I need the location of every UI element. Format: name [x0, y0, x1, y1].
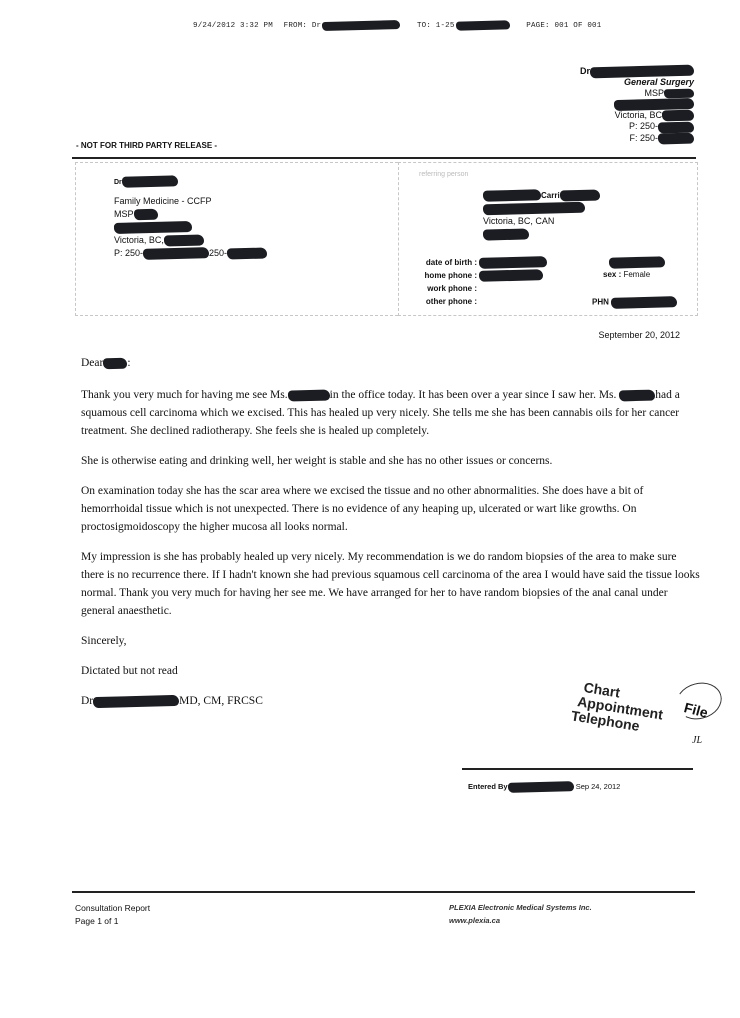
home-phone-row: home phone :	[399, 270, 543, 281]
sender-city: Victoria, BC	[580, 110, 694, 121]
page-number: Page 1 of 1	[75, 915, 150, 928]
recipient-box: Dr Family Medicine - CCFP MSP Victoria, …	[75, 162, 398, 316]
header-divider	[72, 157, 696, 159]
vendor-website[interactable]: www.plexia.ca	[449, 914, 592, 927]
footer-right: PLEXIA Electronic Medical Systems Inc. w…	[449, 901, 592, 927]
sender-address-redacted	[580, 99, 694, 110]
patient-name: Carri	[483, 189, 600, 202]
sender-fax: F: 250-	[580, 133, 694, 144]
letter-date: September 20, 2012	[598, 330, 680, 340]
phn-row: PHN	[592, 297, 677, 308]
recipient-name: Dr	[114, 175, 267, 189]
paragraph-2: She is otherwise eating and drinking wel…	[81, 452, 701, 470]
fax-to: TO: 1-25	[417, 22, 516, 30]
sender-phone: P: 250-	[580, 121, 694, 132]
paragraph-1: Thank you very much for having me see Ms…	[81, 386, 701, 440]
entered-divider	[462, 768, 693, 770]
recipient-msp: MSP	[114, 208, 267, 221]
fax-header: 9/24/2012 3:32 PM FROM: Dr TO: 1-25 PAGE…	[193, 21, 607, 30]
paragraph-3: On examination today she has the scar ar…	[81, 482, 701, 536]
other-phone-row: other phone :	[399, 297, 477, 306]
dictation-note: Dictated but not read	[81, 662, 701, 680]
age-redacted	[609, 257, 665, 268]
work-phone-row: work phone :	[399, 284, 477, 293]
patient-box-label: referring person	[419, 171, 468, 178]
sex-row: sex : Female	[603, 270, 650, 279]
recipient-specialty: Family Medicine - CCFP	[114, 195, 267, 208]
handwritten-initials: JL	[692, 735, 702, 746]
report-type: Consultation Report	[75, 902, 150, 915]
dob-row: date of birth :	[399, 257, 547, 268]
fax-datetime: 9/24/2012 3:32 PM	[193, 22, 273, 30]
patient-city: Victoria, BC, CAN	[483, 215, 600, 228]
recipient-phone: P: 250-250-	[114, 247, 267, 260]
patient-box: referring person Carri Victoria, BC, CAN…	[398, 162, 698, 316]
patient-address-redacted	[483, 202, 600, 215]
fax-page: PAGE: 001 OF 001	[526, 22, 601, 30]
fax-from: FROM: Dr	[284, 22, 407, 30]
letter-body: Dear: Thank you very much for having me …	[81, 354, 701, 722]
entered-by: Entered By Sep 24, 2012	[468, 782, 620, 792]
sender-name: Dr	[580, 66, 694, 77]
footer-divider	[72, 891, 695, 893]
salutation: Dear:	[81, 354, 701, 372]
sender-block: Dr General Surgery MSP Victoria, BC P: 2…	[580, 66, 694, 144]
recipient-city: Victoria, BC,	[114, 234, 267, 247]
confidentiality-notice: - NOT FOR THIRD PARTY RELEASE -	[76, 141, 217, 150]
recipient-address-redacted	[114, 221, 267, 234]
paragraph-4: My impression is she has probably healed…	[81, 548, 701, 620]
vendor-name: PLEXIA Electronic Medical Systems Inc.	[449, 901, 592, 914]
sender-specialty: General Surgery	[580, 77, 694, 88]
patient-postal-redacted	[483, 228, 600, 241]
closing: Sincerely,	[81, 632, 701, 650]
footer-left: Consultation Report Page 1 of 1	[75, 902, 150, 928]
